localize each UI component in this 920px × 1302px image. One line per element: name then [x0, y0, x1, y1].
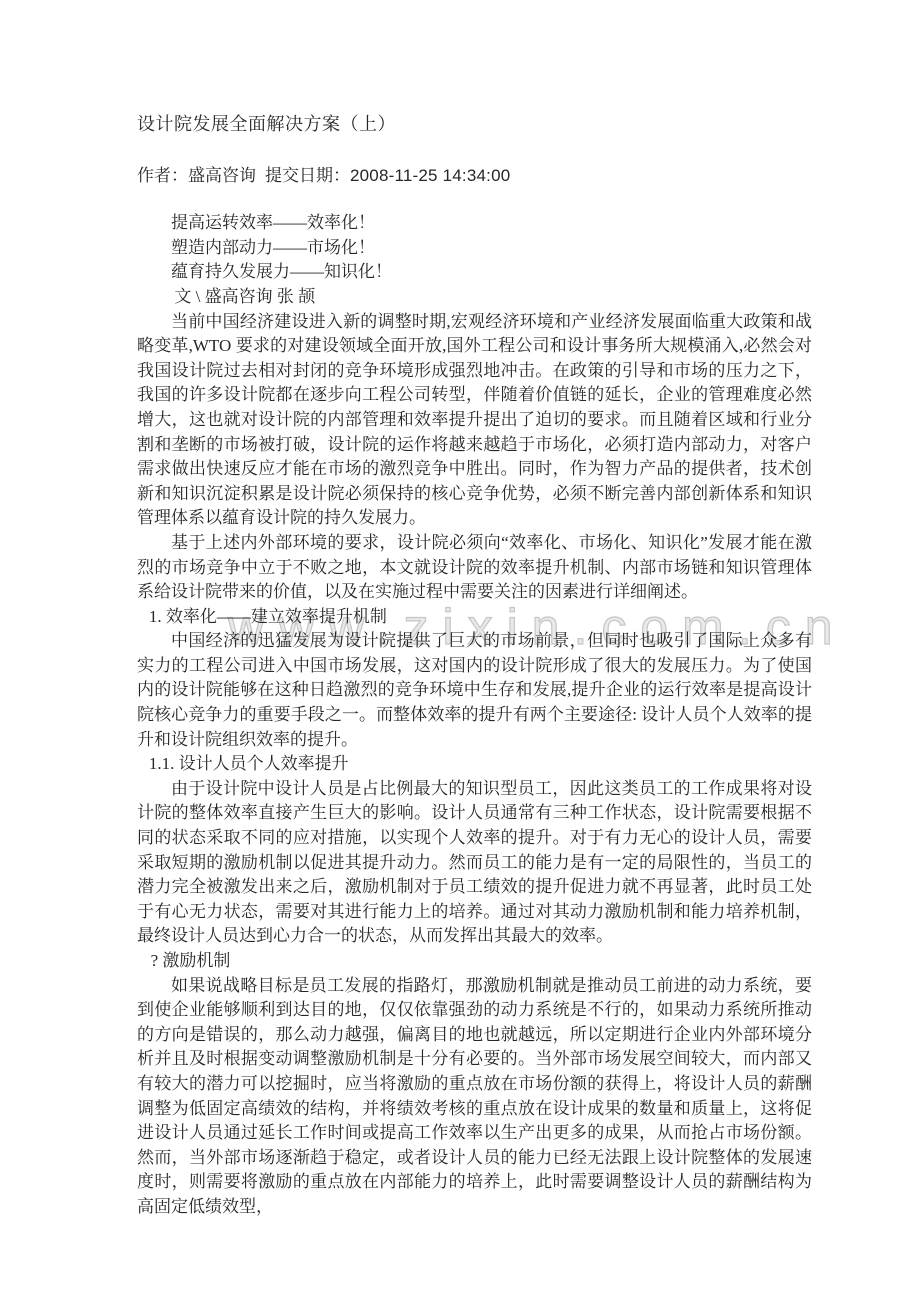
slogan-efficiency: 提高运转效率——效率化！ [137, 211, 812, 236]
document-page: www.zixin.com.cn 设计院发展全面解决方案（上） 作者：盛高咨询提… [0, 0, 920, 1302]
byline: 作者：盛高咨询提交日期：2008-11-25 14:34:00 [137, 164, 812, 189]
slogan-block: 提高运转效率——效率化！ 塑造内部动力——市场化！ 蕴育持久发展力——知识化！ … [137, 211, 812, 309]
subsection-heading-1-1: 1.1. 设计人员个人效率提升 [137, 752, 812, 777]
paragraph-intro: 当前中国经济建设进入新的调整时期,宏观经济环境和产业经济发展面临重大政策和战略变… [137, 310, 812, 531]
paragraph-subsection-1-1: 由于设计院中设计人员是占比例最大的知识型员工，因此这类员工的工作成果将对设计院的… [137, 777, 812, 949]
bullet-incentive-mechanism: ? 激励机制 [137, 949, 812, 974]
author-name: 盛高咨询 [188, 166, 256, 185]
slogan-marketization: 塑造内部动力——市场化！ [137, 236, 812, 261]
section-heading-1: 1. 效率化——建立效率提升机制 [137, 605, 812, 630]
paragraph-overview: 基于上述内外部环境的要求，设计院必须向“效率化、市场化、知识化”发展才能在激烈的… [137, 531, 812, 605]
paragraph-incentive-mechanism: 如果说战略目标是员工发展的指路灯，那激励机制就是推动员工前进的动力系统，要到使企… [137, 974, 812, 1220]
submit-datetime: 2008-11-25 14:34:00 [350, 166, 510, 185]
page-title: 设计院发展全面解决方案（上） [137, 112, 812, 137]
paragraph-section-1: 中国经济的迅猛发展为设计院提供了巨大的市场前景，但同时也吸引了国际上众多有实力的… [137, 629, 812, 752]
document-body: 设计院发展全面解决方案（上） 作者：盛高咨询提交日期：2008-11-25 14… [137, 112, 812, 1220]
slogan-knowledge: 蕴育持久发展力——知识化！ [137, 260, 812, 285]
author-label: 作者： [137, 166, 188, 185]
credit-line: 文 \ 盛高咨询 张 颉 [137, 285, 812, 310]
submit-date-label: 提交日期： [265, 166, 350, 185]
